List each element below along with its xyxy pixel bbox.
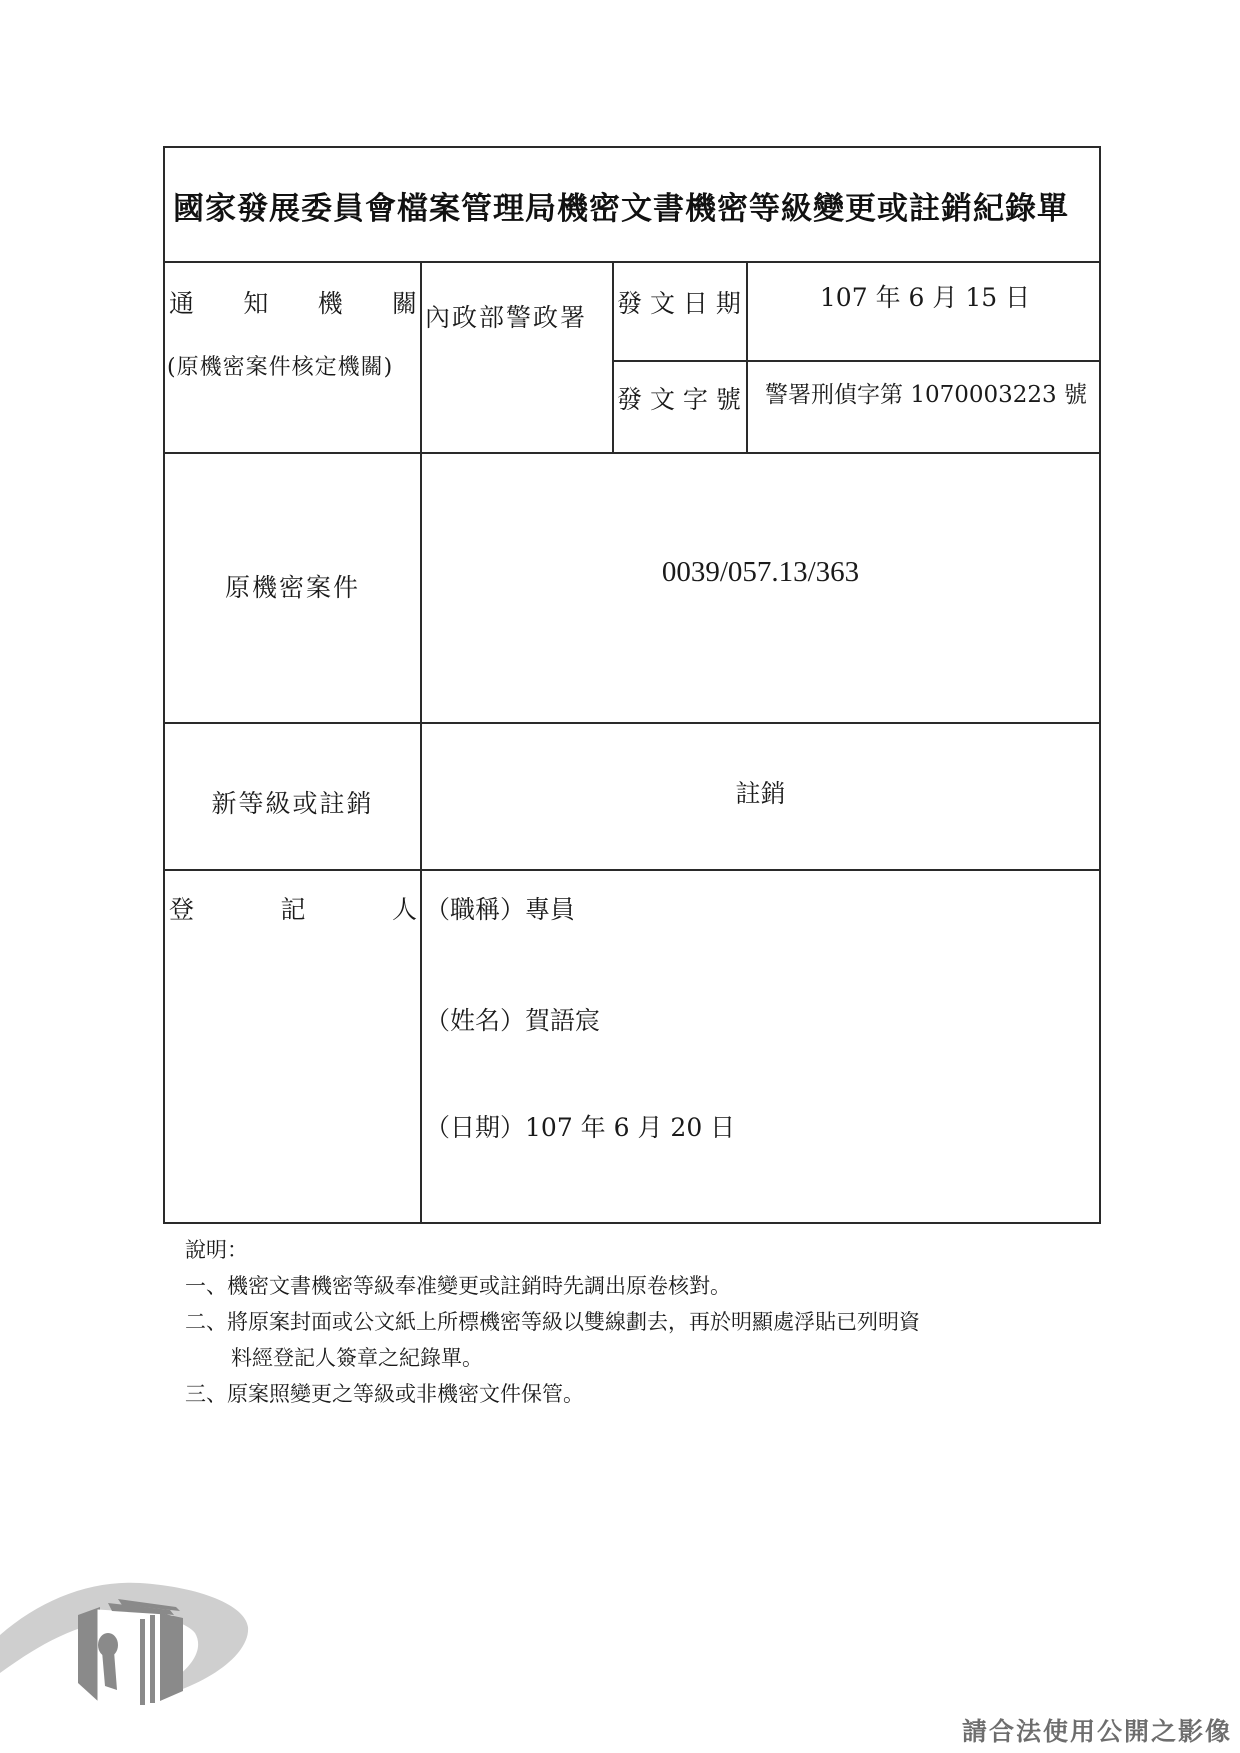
rule-original-case-bottom (165, 722, 1099, 724)
note-item-continuation: 料經登記人簽章之紀錄單。 (185, 1340, 920, 1376)
label-char: 通 (169, 284, 194, 320)
record-form-table: 國家發展委員會檔案管理局機密文書機密等級變更或註銷紀錄單 通 知 機 關 (原機… (163, 146, 1101, 1224)
notifying-agency-value: 內政部警政署 (425, 298, 615, 334)
label-char: 登 (169, 890, 194, 926)
registrar-title-value: 專員 (525, 895, 575, 924)
issue-date-value: 107 年 6 月 15 日 (751, 278, 1099, 314)
note-item: 三、原案照變更之等級或非機密文件保管。 (185, 1376, 920, 1412)
notifying-agency-label: 通 知 機 關 (169, 284, 417, 320)
issue-number-label: 發 文 字 號 (617, 380, 747, 416)
label-char: 記 (280, 890, 305, 926)
original-case-value: 0039/057.13/363 (422, 556, 1099, 589)
issue-number-value: 警署刑偵字第 1070003223 號 (753, 376, 1099, 409)
registrar-name-label: （姓名） (425, 1006, 525, 1035)
registrar-date-line: （日期）107 年 6 月 20 日 (425, 1108, 735, 1144)
new-level-value: 註銷 (422, 774, 1099, 810)
form-title: 國家發展委員會檔案管理局機密文書機密等級變更或註銷紀錄單 (165, 148, 1099, 263)
rule-new-level-bottom (165, 869, 1099, 871)
label-char: 機 (318, 284, 343, 320)
issue-date-label: 發 文 日 期 (617, 284, 747, 320)
rule-header-bottom (165, 452, 1099, 454)
note-item: 一、機密文書機密等級奉准變更或註銷時先調出原卷核對。 (185, 1268, 920, 1304)
note-item: 二、將原案封面或公文紙上所標機密等級以雙線劃去，再於明顯處浮貼已列明資 (185, 1304, 920, 1340)
label-char: 關 (392, 284, 417, 320)
document-page: 國家發展委員會檔案管理局機密文書機密等級變更或註銷紀錄單 通 知 機 關 (原機… (0, 0, 1240, 1753)
registrar-name-value: 賀語宸 (525, 1006, 600, 1035)
archives-book-keyhole-logo-icon (0, 1555, 260, 1715)
registrar-name-line: （姓名）賀語宸 (425, 1001, 600, 1037)
notifying-agency-label-cell: 通 知 機 關 (原機密案件核定機關) (169, 266, 417, 452)
notes-heading: 說明： (185, 1232, 920, 1268)
registrar-date-label: （日期） (425, 1113, 525, 1142)
rule-title-bottom (165, 261, 1099, 263)
rule-col1-right (420, 261, 422, 1222)
registrar-title-line: （職稱）專員 (425, 890, 575, 926)
registrar-title-label: （職稱） (425, 895, 525, 924)
label-char: 人 (392, 890, 417, 926)
notifying-agency-sub-label: (原機密案件核定機關) (167, 350, 393, 381)
rule-header-mid (612, 360, 1099, 362)
new-level-label: 新等級或註銷 (165, 784, 420, 820)
registrar-date-value: 107 年 6 月 20 日 (525, 1113, 735, 1142)
label-char: 知 (243, 284, 268, 320)
registrar-label: 登 記 人 (169, 890, 417, 926)
notes-section: 說明： 一、機密文書機密等級奉准變更或註銷時先調出原卷核對。 二、將原案封面或公… (185, 1232, 920, 1412)
original-case-label: 原機密案件 (165, 568, 420, 604)
legal-use-watermark: 請合法使用公開之影像 (962, 1712, 1232, 1748)
rule-col2-right (612, 261, 614, 454)
